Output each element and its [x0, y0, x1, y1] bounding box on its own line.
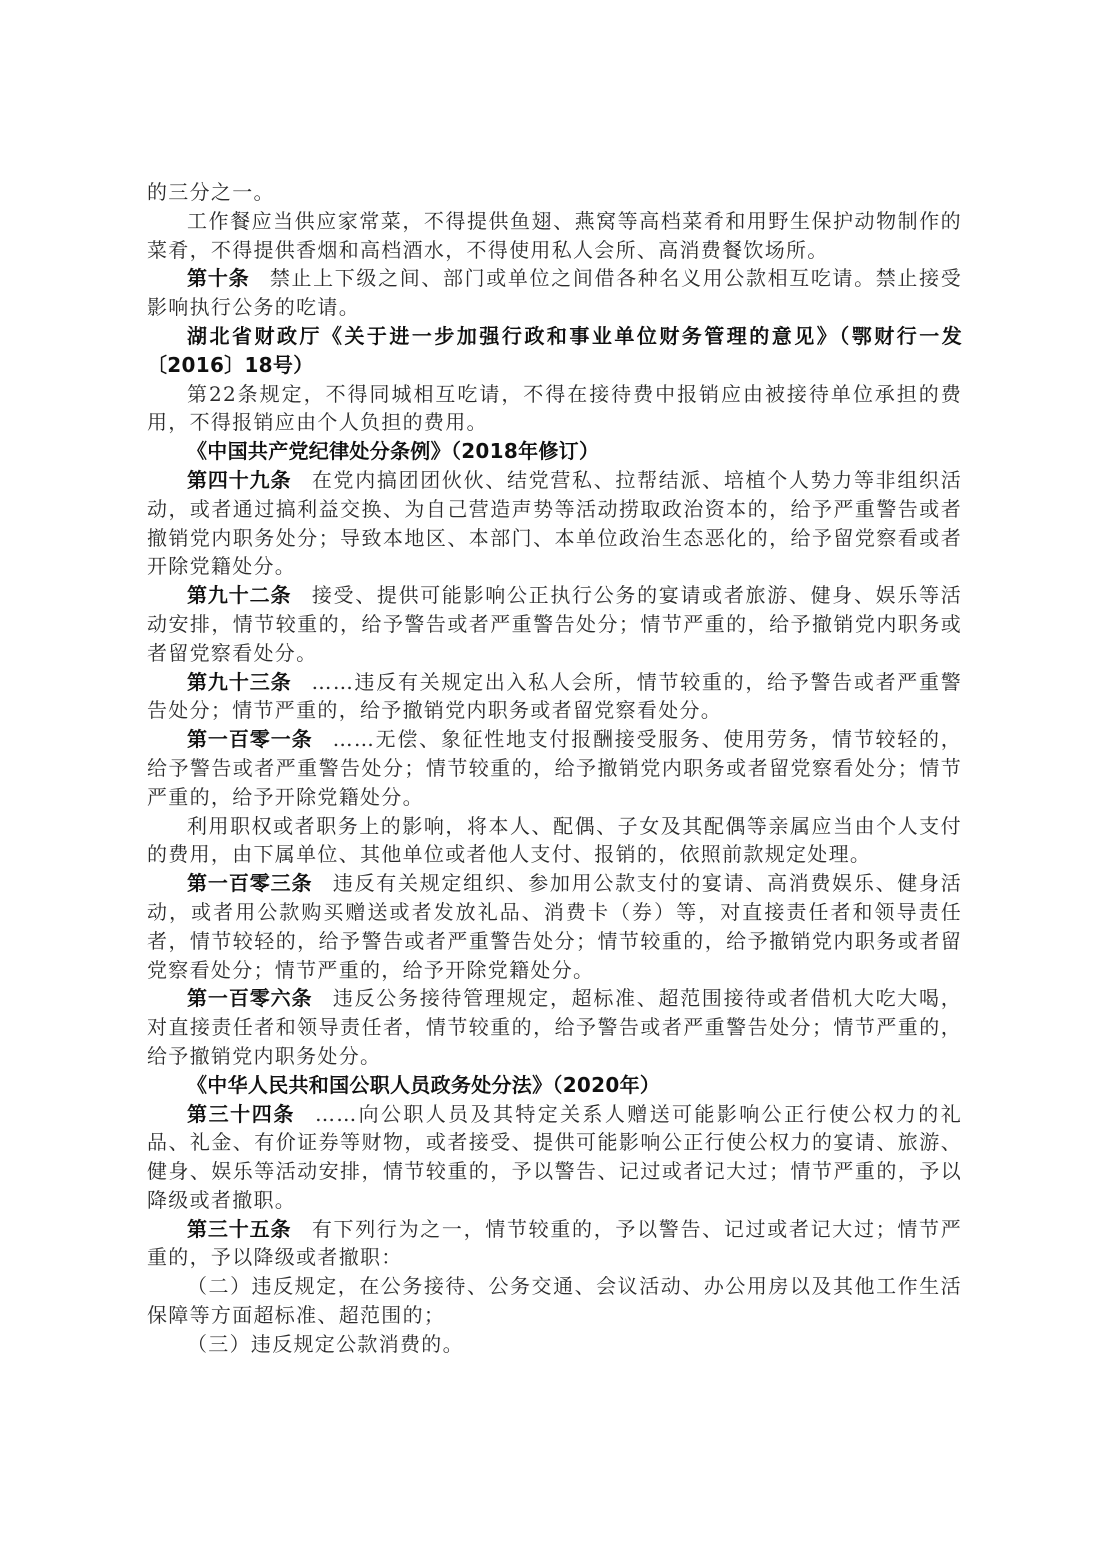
paragraph-continuation: 的三分之一。	[147, 178, 962, 207]
article-label: 第三十四条	[187, 1102, 295, 1126]
paragraph-work-meal: 工作餐应当供应家常菜，不得提供鱼翅、燕窝等高档菜肴和用野生保护动物制作的菜肴，不…	[147, 207, 962, 265]
document-page: 的三分之一。 工作餐应当供应家常菜，不得提供鱼翅、燕窝等高档菜肴和用野生保护动物…	[147, 178, 962, 1359]
article-label: 第一百零三条	[187, 871, 312, 895]
article-label: 第一百零一条	[187, 727, 313, 751]
section-heading-hubei: 湖北省财政厅《关于进一步加强行政和事业单位财务管理的意见》（鄂财行一发〔2016…	[147, 322, 962, 380]
paragraph-family-expenses: 利用职权或者职务上的影响，将本人、配偶、子女及其配偶等亲属应当由个人支付的费用，…	[147, 812, 962, 870]
article-103: 第一百零三条违反有关规定组织、参加用公款支付的宴请、高消费娱乐、健身活动，或者用…	[147, 869, 962, 984]
article-35: 第三十五条有下列行为之一，情节较重的，予以警告、记过或者记大过；情节严重的，予以…	[147, 1215, 962, 1273]
article-49: 第四十九条在党内搞团团伙伙、结党营私、拉帮结派、培植个人势力等非组织活动，或者通…	[147, 466, 962, 581]
article-106: 第一百零六条违反公务接待管理规定，超标准、超范围接待或者借机大吃大喝，对直接责任…	[147, 984, 962, 1070]
article-label: 第九十三条	[187, 670, 292, 694]
article-label: 第一百零六条	[187, 986, 312, 1010]
article-label: 第三十五条	[187, 1217, 291, 1241]
list-item-2: （二）违反规定，在公务接待、公务交通、会议活动、办公用房以及其他工作生活保障等方…	[147, 1272, 962, 1330]
article-label: 第十条	[187, 266, 250, 290]
article-text: 禁止上下级之间、部门或单位之间借各种名义用公款相互吃请。禁止接受影响执行公务的吃…	[147, 266, 962, 319]
article-34: 第三十四条……向公职人员及其特定关系人赠送可能影响公正行使公权力的礼品、礼金、有…	[147, 1100, 962, 1215]
article-101: 第一百零一条……无偿、象征性地支付报酬接受服务、使用劳务，情节较轻的，给予警告或…	[147, 725, 962, 811]
article-93: 第九十三条……违反有关规定出入私人会所，情节较重的，给予警告或者严重警告处分；情…	[147, 668, 962, 726]
section-heading-public-officials-law: 《中华人民共和国公职人员政务处分法》（2020年）	[147, 1071, 962, 1100]
paragraph-article-22: 第22条规定，不得同城相互吃请，不得在接待费中报销应由被接待单位承担的费用，不得…	[147, 380, 962, 438]
section-heading-ccp-discipline: 《中国共产党纪律处分条例》（2018年修订）	[147, 437, 962, 466]
list-item-3: （三）违反规定公款消费的。	[147, 1330, 962, 1359]
article-10: 第十条禁止上下级之间、部门或单位之间借各种名义用公款相互吃请。禁止接受影响执行公…	[147, 264, 962, 322]
article-92: 第九十二条接受、提供可能影响公正执行公务的宴请或者旅游、健身、娱乐等活动安排，情…	[147, 581, 962, 667]
article-label: 第四十九条	[187, 468, 291, 492]
article-label: 第九十二条	[187, 583, 291, 607]
